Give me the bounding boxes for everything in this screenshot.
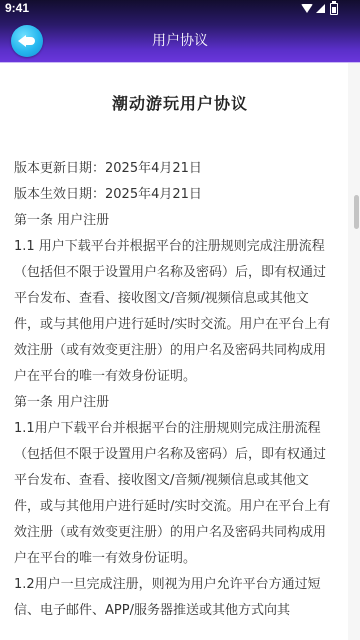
- scrollbar-thumb[interactable]: [354, 195, 359, 229]
- scrollbar-track[interactable]: [348, 63, 360, 640]
- status-time: 9:41: [5, 1, 29, 15]
- document-title: 潮动游玩用户协议: [0, 91, 360, 114]
- document-body: 版本更新日期：2025年4月21日 版本生效日期：2025年4月21日 第一条 …: [14, 156, 334, 624]
- wifi-icon: [301, 4, 313, 13]
- clause-paragraph: 1.2用户一旦完成注册，则视为用户允许平台方通过短信、电子邮件、APP/服务器推…: [14, 572, 334, 624]
- signal-icon: [316, 4, 325, 13]
- clause-paragraph: 1.1用户下载平台并根据平台的注册规则完成注册流程（包括但不限于设置用户名称及密…: [14, 416, 334, 572]
- section-heading: 第一条 用户注册: [14, 390, 334, 416]
- agreement-content[interactable]: 潮动游玩用户协议 版本更新日期：2025年4月21日 版本生效日期：2025年4…: [0, 63, 360, 640]
- effective-date: 版本生效日期：2025年4月21日: [14, 182, 334, 208]
- app-header: 9:41 用户协议: [0, 0, 360, 62]
- update-date: 版本更新日期：2025年4月21日: [14, 156, 334, 182]
- clause-paragraph: 1.1 用户下载平台并根据平台的注册规则完成注册流程（包括但不限于设置用户名称及…: [14, 234, 334, 390]
- battery-icon: [330, 3, 338, 15]
- section-heading: 第一条 用户注册: [14, 208, 334, 234]
- page-title: 用户协议: [0, 30, 360, 50]
- status-icons: [301, 3, 338, 14]
- status-bar: 9:41: [0, 0, 360, 16]
